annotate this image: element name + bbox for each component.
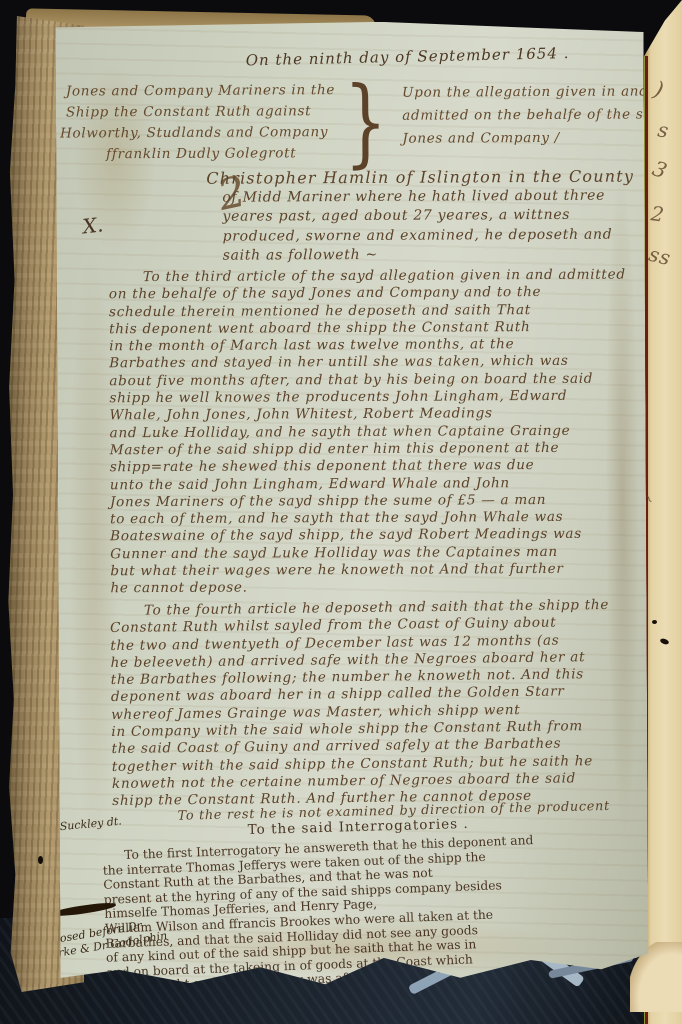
manuscript-line: he cannot depose. (110, 578, 627, 598)
manuscript-line: admitted on the behalfe of the said (402, 103, 666, 127)
manuscript-line: Jones and Company Mariners in the (66, 80, 335, 102)
case-caption-allegation: Upon the allegation given in andadmitted… (402, 78, 667, 167)
case-caption: Jones and Company Mariners in theShipp t… (66, 78, 644, 169)
manuscript-line: yeares past, aged about 27 yeares, a wit… (222, 206, 634, 228)
manuscript-line: To the third article of the sayd allegat… (143, 267, 626, 287)
adjacent-page-ink-fragment: ) (650, 77, 667, 104)
margin-mark: X. (81, 212, 104, 238)
manuscript-photo: f ) s 3 2 ss ~ On the ninth day of Septe… (0, 0, 682, 1024)
manuscript-line: Jones and Company / (402, 126, 666, 150)
manuscript-line: Holworthy, Studlands and Company (60, 122, 335, 144)
adjacent-page-ink-fragment: f (644, 0, 651, 19)
manuscript-line: Shipp the Constant Ruth against (66, 101, 335, 123)
ink-blot (659, 638, 669, 646)
manuscript-line: Christopher Hamlin of Islington in the C… (206, 167, 634, 189)
manuscript-line: Upon the allegation given in and (402, 80, 666, 104)
deponent-introduction: Christopher Hamlin of Islington in the C… (206, 167, 634, 267)
manuscript-line: but what their wages were he knoweth not… (110, 561, 627, 581)
examiner-margin-note: Suckley dt. (59, 815, 122, 834)
deposition-third-article: To the third article of the sayd allegat… (109, 267, 628, 598)
ink-blot (652, 620, 657, 624)
manuscript-line: Master of the said shipp did enter him t… (110, 440, 627, 460)
adjacent-page-ink-fragment: s (656, 117, 671, 143)
adjacent-page-ink-fragment: 2 (649, 201, 666, 227)
header-date: On the ninth day of September 1654 . (245, 44, 569, 69)
deposition-fourth-article: To the fourth article he deposeth and sa… (110, 597, 612, 811)
caption-brace: } (344, 76, 387, 168)
case-caption-parties: Jones and Company Mariners in theShipp t… (66, 80, 336, 169)
adjacent-page-ink-fragment: 3 (649, 156, 670, 183)
manuscript-line: saith as followeth ~ (223, 245, 635, 267)
manuscript-page: On the ninth day of September 1654 . Jon… (55, 20, 648, 987)
ink-blot (38, 856, 43, 864)
manuscript-line: produced, sworne and examined, he depose… (223, 225, 635, 247)
adjacent-page-ink-fragment: ss (646, 242, 673, 271)
adjacent-page: f ) s 3 2 ss ~ (644, 0, 682, 1024)
manuscript-line: ffranklin Dudly Golegrott (106, 143, 335, 165)
manuscript-line: shipp he well knowes the producents John… (109, 388, 626, 408)
manuscript-line: of Midd Mariner where he hath lived abou… (222, 186, 634, 208)
